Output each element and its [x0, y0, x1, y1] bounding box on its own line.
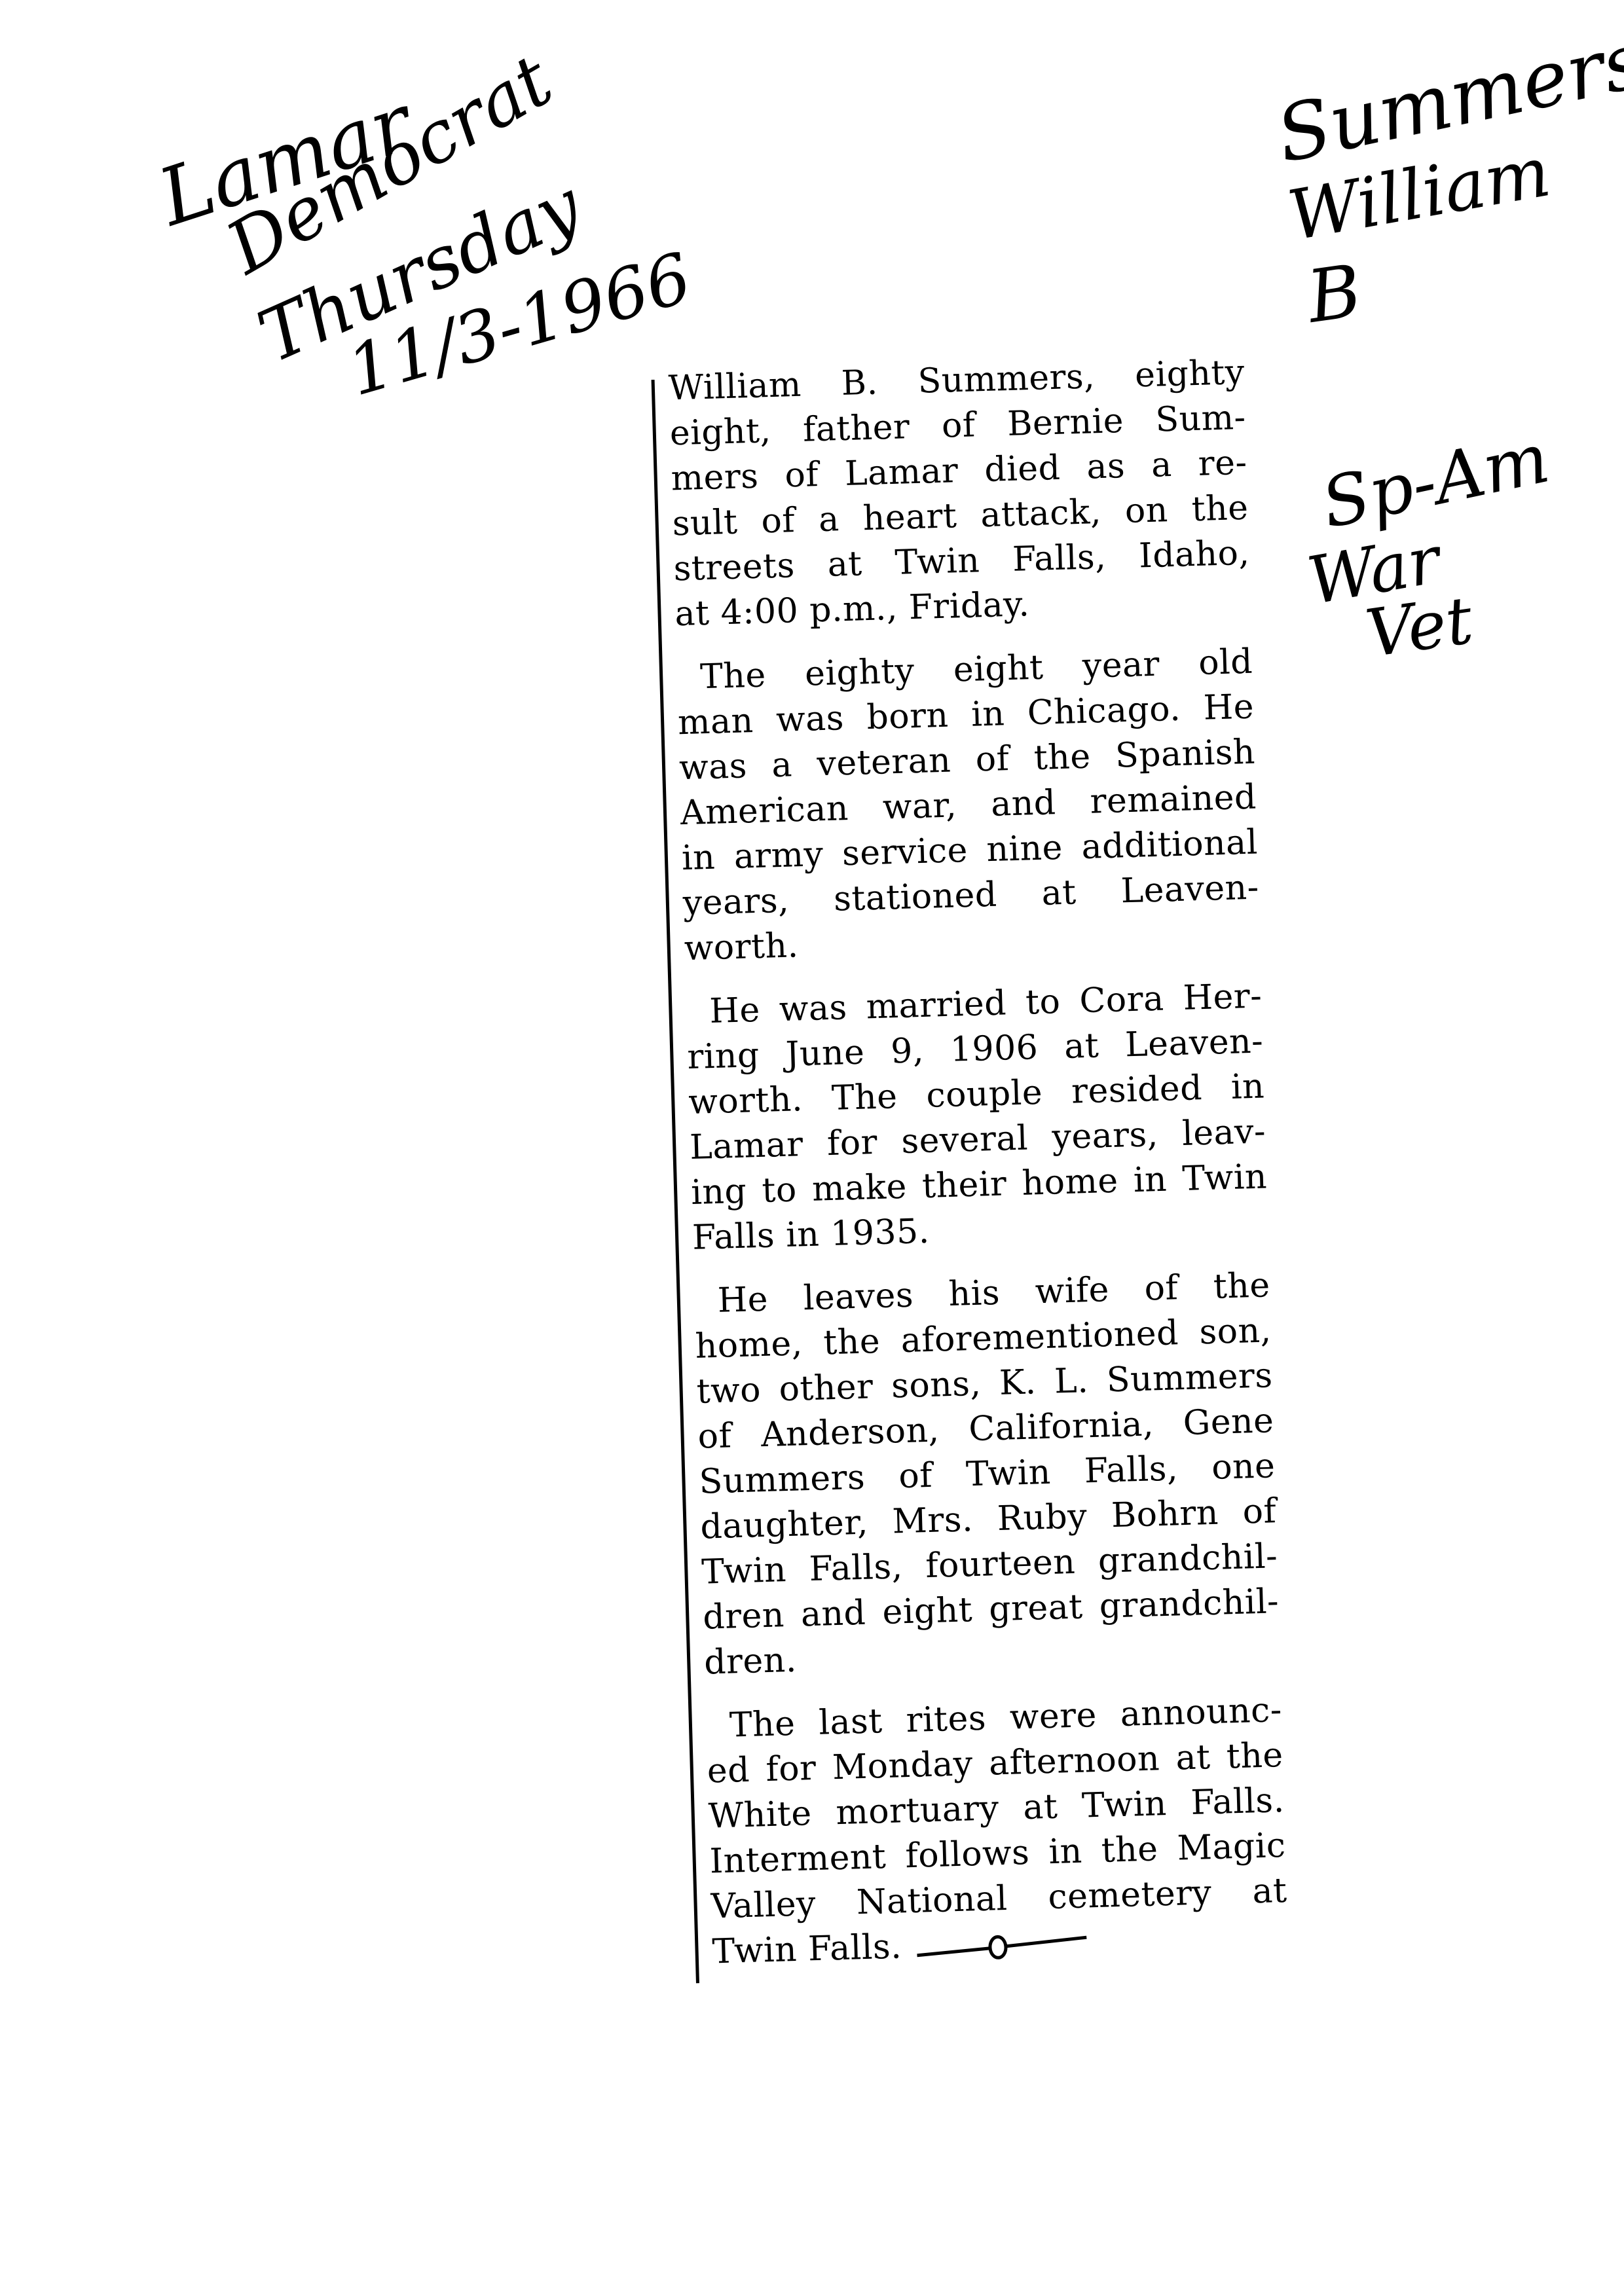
handwritten-side-note-line3: Vet: [1362, 587, 1477, 667]
article-body: William B. Summers, eightyeight, father …: [655, 350, 1315, 1975]
handwritten-initial: B: [1303, 255, 1365, 333]
article-paragraph: He leaves his wife of thehome, the afore…: [680, 1262, 1307, 1686]
article-paragraph: The eighty eight year oldman was born in…: [663, 639, 1287, 972]
newspaper-clipping: William B. Summers, eightyeight, father …: [655, 350, 1315, 1975]
handwritten-side-note-line1: Sp-Am: [1316, 424, 1555, 538]
article-paragraph: He was married to Cora Her-ring June 9, …: [673, 973, 1295, 1261]
article-paragraph: William B. Summers, eightyeight, father …: [655, 350, 1278, 638]
